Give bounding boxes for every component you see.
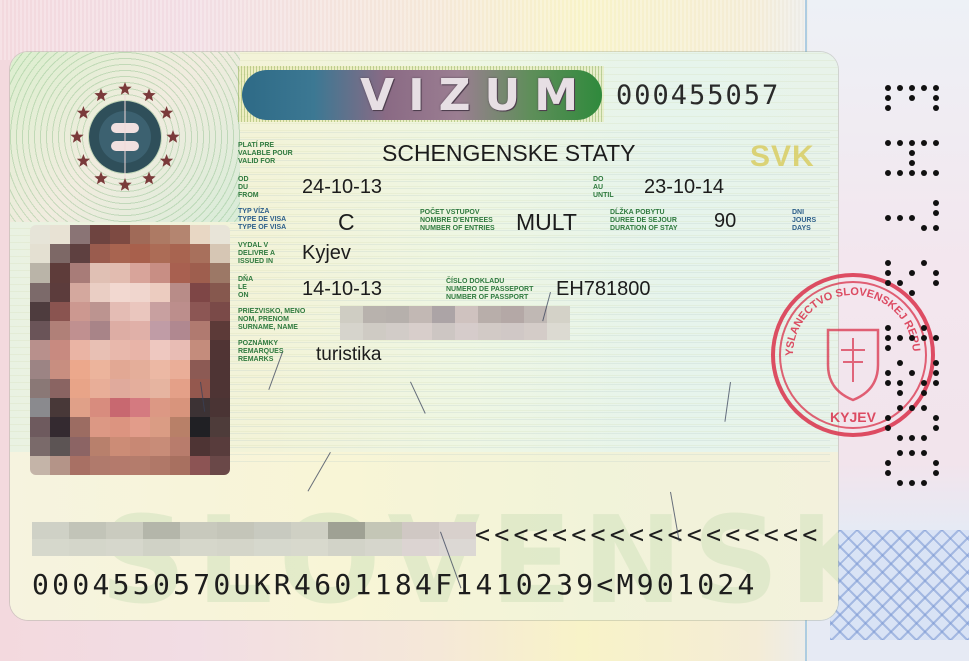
label-issued-in: VYDAL VDELIVRE AISSUED IN [238,242,275,266]
label-until: DOAUUNTIL [593,176,614,200]
value-from: 24-10-13 [302,176,382,199]
holder-photo-pixelated [30,225,230,475]
value-valid-for: SCHENGENSKE STATY [382,140,635,167]
value-on: 14-10-13 [302,278,382,301]
svg-text:KYJEV: KYJEV [830,409,877,425]
vizum-title-text: VIZUM [360,70,592,121]
vizum-title: VIZUM [242,70,602,120]
mrz-line-2: 0004550570UKR4601184F1410239<M901024 [32,568,758,601]
value-duration-of-stay: 90 [714,210,736,233]
value-number-of-entries: MULT [516,209,577,236]
visa-sticker: SLOVENSKO VIZUM 000455057 SVK PLATÍ PREV… [10,52,838,620]
value-passport-number: EH781800 [556,278,651,301]
visa-number: 000455057 [616,80,780,111]
country-code: SVK [750,140,815,174]
label-valid-for: PLATÍ PREVALABLE POURVALID FOR [238,142,293,166]
label-passport-number: ČÍSLO DOKLADUNUMERO DE PASSEPORTNUMBER O… [446,278,533,302]
label-surname-name: PRIEZVISKO, MENONOM, PRENOMSURNAME, NAME [238,308,305,332]
perforated-visa-number [885,60,945,580]
redacted-name [340,306,570,340]
label-number-of-entries: POČET VSTUPOVNOMBRE D'ENTREESNUMBER OF E… [420,209,495,233]
label-type-of-visa: TYP VÍZATYPE DE VISATYPE OF VISA [238,208,286,232]
label-days: DNIJOURSDAYS [792,209,816,233]
label-duration-of-stay: DĹŽKA POBYTUDUREE DE SEJOURDURATION OF S… [610,209,678,233]
eu-stars-icon [65,77,185,197]
value-remarks: turistika [316,344,381,366]
label-remarks: POZNÁMKYREMARQUESREMARKS [238,340,284,364]
label-on: DŇALEON [238,276,253,300]
redacted-mrz-name [32,522,476,556]
value-type-of-visa: C [338,209,355,236]
value-issued-in: Kyjev [302,242,351,265]
mrz-line-1: <<<<<<<<<<<<<<<<<< [475,520,822,549]
label-from: ODDUFROM [238,176,259,200]
value-until: 23-10-14 [644,176,724,199]
